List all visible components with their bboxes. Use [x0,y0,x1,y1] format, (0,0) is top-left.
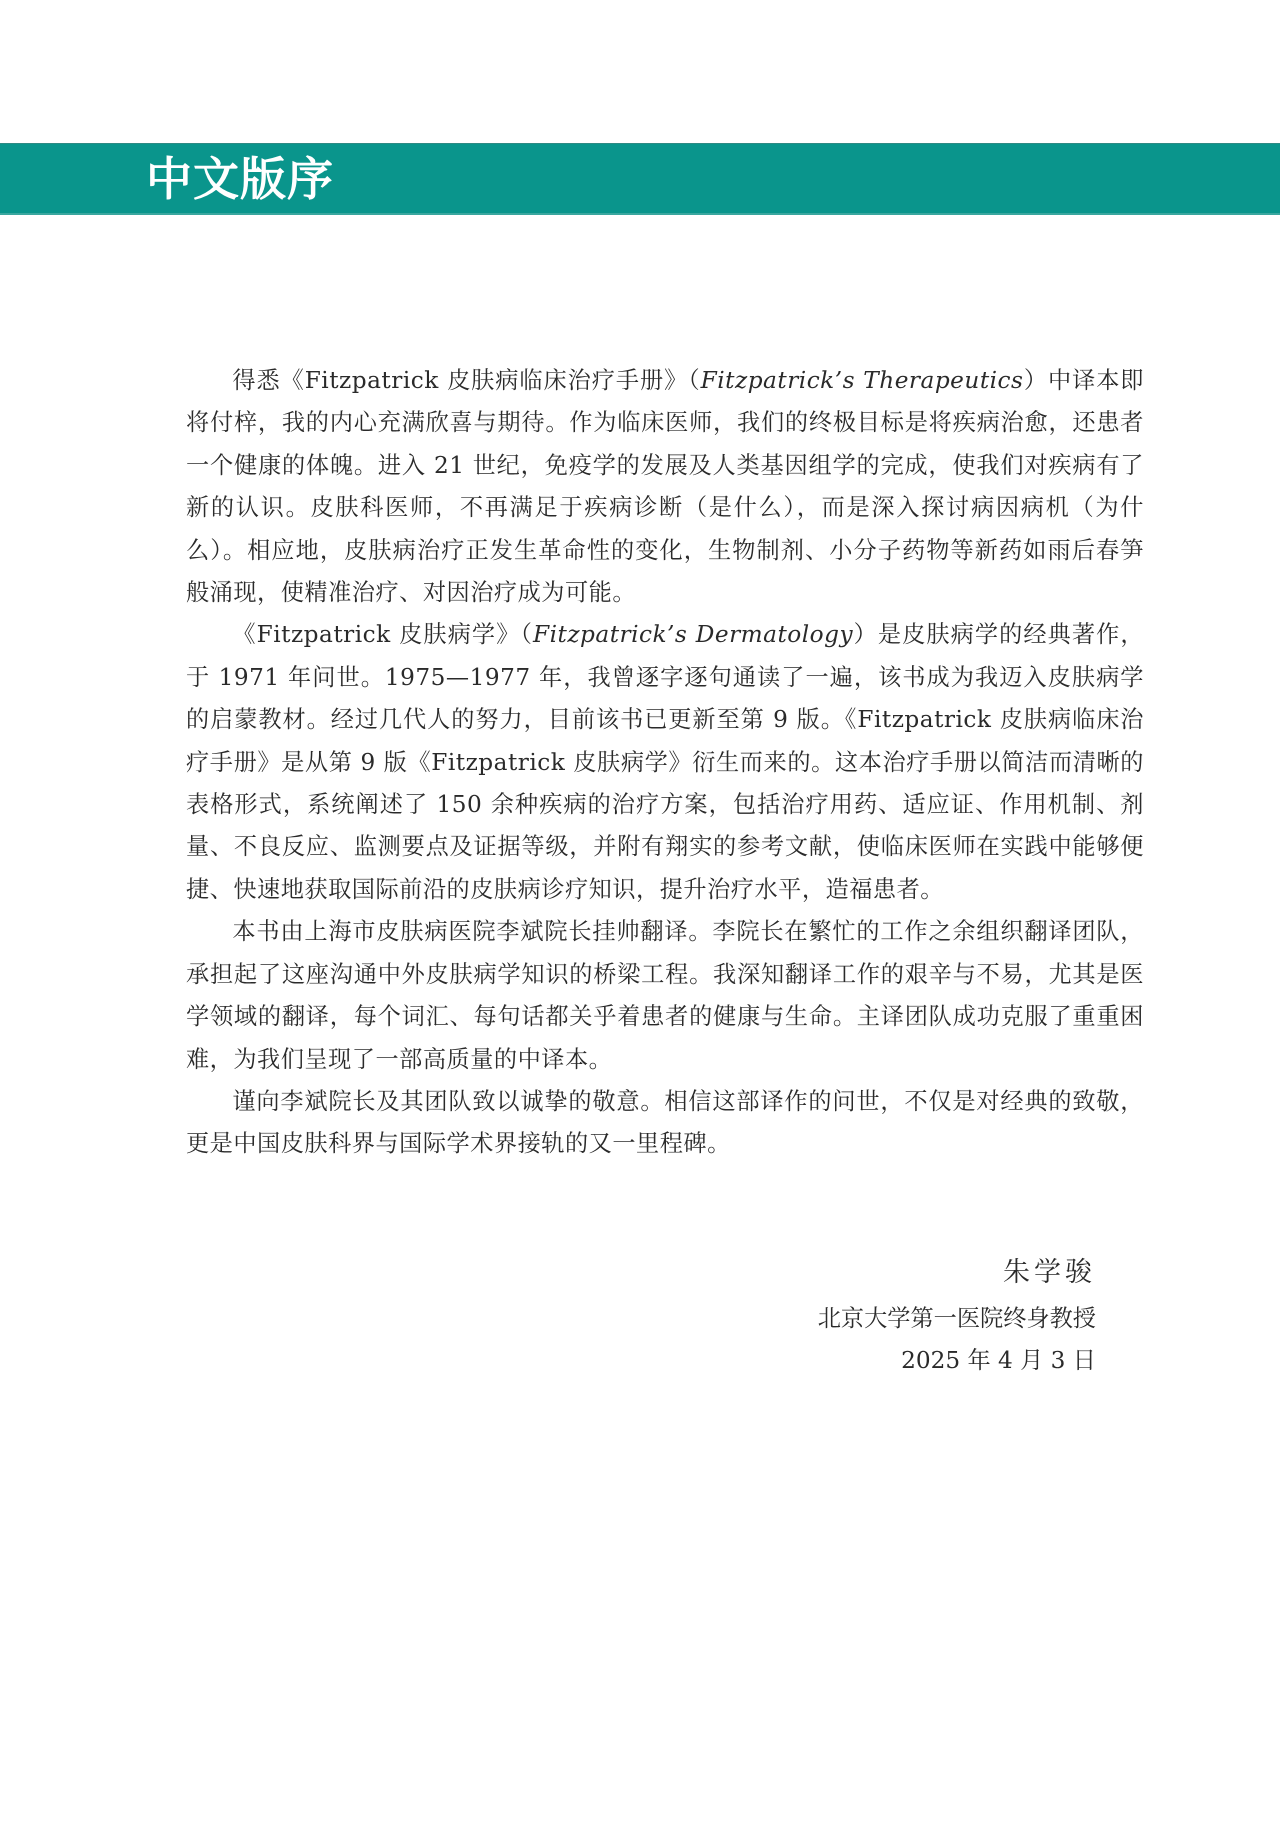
paragraph-text: ）中译本即将付梓，我的内心充满欣喜与期待。作为临床医师，我们的终极目标是将疾病治… [186,367,1144,606]
paragraph-1: 得悉《Fitzpatrick 皮肤病临床治疗手册》（Fitzpatrick’s … [186,360,1144,614]
book-title-english: Fitzpatrick’s Dermatology [533,621,853,648]
signature-block: 朱学骏 北京大学第一医院终身教授 2025 年 4 月 3 日 [818,1250,1096,1382]
signature-date: 2025 年 4 月 3 日 [818,1340,1096,1382]
paragraph-text: 《Fitzpatrick 皮肤病学》（ [232,621,533,648]
paragraph-text: ）是皮肤病学的经典著作，于 1971 年问世。1975—1977 年，我曾逐字逐… [186,621,1144,902]
page-title: 中文版序 [146,151,334,207]
paragraph-text: 得悉《Fitzpatrick 皮肤病临床治疗手册》（ [232,367,700,394]
section-banner: 中文版序 [0,143,1280,215]
paragraph-4: 谨向李斌院长及其团队致以诚挚的敬意。相信这部译作的问世，不仅是对经典的致敬，更是… [186,1081,1144,1166]
paragraph-text: 本书由上海市皮肤病医院李斌院长挂帅翻译。李院长在繁忙的工作之余组织翻译团队，承担… [186,918,1144,1072]
book-title-english: Fitzpatrick’s Therapeutics [701,367,1024,394]
preface-body: 得悉《Fitzpatrick 皮肤病临床治疗手册》（Fitzpatrick’s … [186,360,1144,1166]
paragraph-3: 本书由上海市皮肤病医院李斌院长挂帅翻译。李院长在繁忙的工作之余组织翻译团队，承担… [186,911,1144,1081]
author-affiliation: 北京大学第一医院终身教授 [818,1298,1096,1340]
author-name: 朱学骏 [818,1250,1096,1296]
paragraph-2: 《Fitzpatrick 皮肤病学》（Fitzpatrick’s Dermato… [186,614,1144,911]
paragraph-text: 谨向李斌院长及其团队致以诚挚的敬意。相信这部译作的问世，不仅是对经典的致敬，更是… [186,1088,1144,1157]
